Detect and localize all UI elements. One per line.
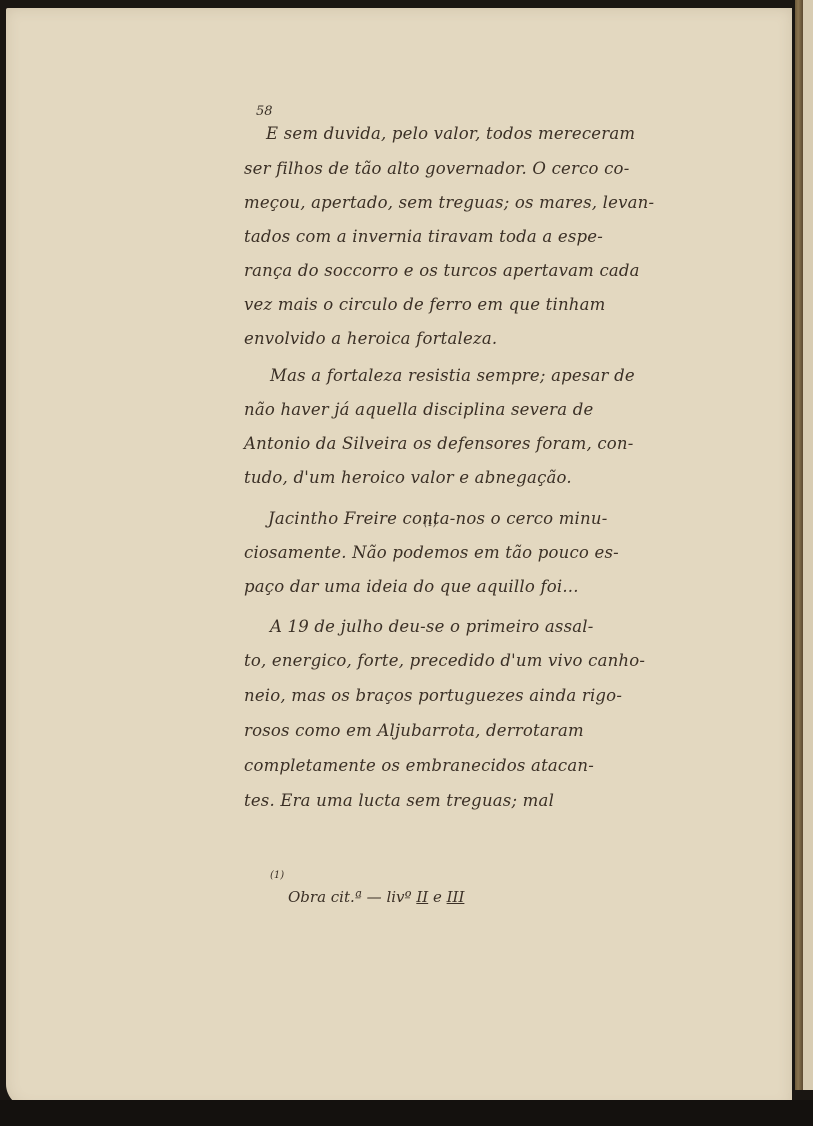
footnote-conjunction: e: [428, 888, 446, 906]
book-gutter: [795, 0, 803, 1090]
text-line: envolvido a heroica fortaleza.: [244, 329, 497, 348]
scan-background: [0, 1100, 813, 1126]
text-line: rosos como em Aljubarrota, derrotaram: [244, 721, 584, 740]
text-line: paço dar uma ideia do que aquillo foi...: [244, 577, 579, 596]
footnote-text: Obra cit.ª — livº: [288, 888, 416, 906]
text-line: tados com a invernia tiravam toda a espe…: [244, 227, 603, 246]
adjacent-page-edge: [803, 0, 813, 1090]
text-line: A 19 de julho deu-se o primeiro assal-: [270, 617, 594, 636]
scanned-page-view: 58 E sem duvida, pelo valor, todos merec…: [0, 0, 813, 1126]
text-line: neio, mas os braços portuguezes ainda ri…: [244, 686, 622, 705]
text-line: Jacintho Freire conta-nos o cerco minu-: [268, 509, 607, 528]
footnote: Obra cit.ª — livº II e III: [288, 888, 464, 906]
footnote-reference: (1): [424, 519, 437, 529]
text-line: Mas a fortaleza resistia sempre; apesar …: [270, 366, 635, 385]
text-line: não haver já aquella disciplina severa d…: [244, 400, 593, 419]
footnote-mark: (1): [270, 870, 284, 881]
footnote-book-b: III: [447, 888, 465, 906]
text-line: tes. Era uma lucta sem treguas; mal: [244, 791, 554, 810]
text-line: vez mais o circulo de ferro em que tinha…: [244, 295, 606, 314]
text-line: to, energico, forte, precedido d'um vivo…: [244, 651, 645, 670]
text-line: ciosamente. Não podemos em tão pouco es-: [244, 543, 619, 562]
text-line: E sem duvida, pelo valor, todos merecera…: [266, 124, 635, 143]
footnote-book-a: II: [416, 888, 428, 906]
text-line: rança do soccorro e os turcos apertavam …: [244, 261, 640, 280]
text-line: completamente os embranecidos atacan-: [244, 756, 594, 775]
text-line: ser filhos de tão alto governador. O cer…: [244, 159, 629, 178]
text-line: tudo, d'um heroico valor e abnegação.: [244, 468, 572, 487]
text-line: meçou, apertado, sem treguas; os mares, …: [244, 193, 654, 212]
text-line: Antonio da Silveira os defensores foram,…: [244, 434, 634, 453]
page-number: 58: [256, 104, 273, 119]
